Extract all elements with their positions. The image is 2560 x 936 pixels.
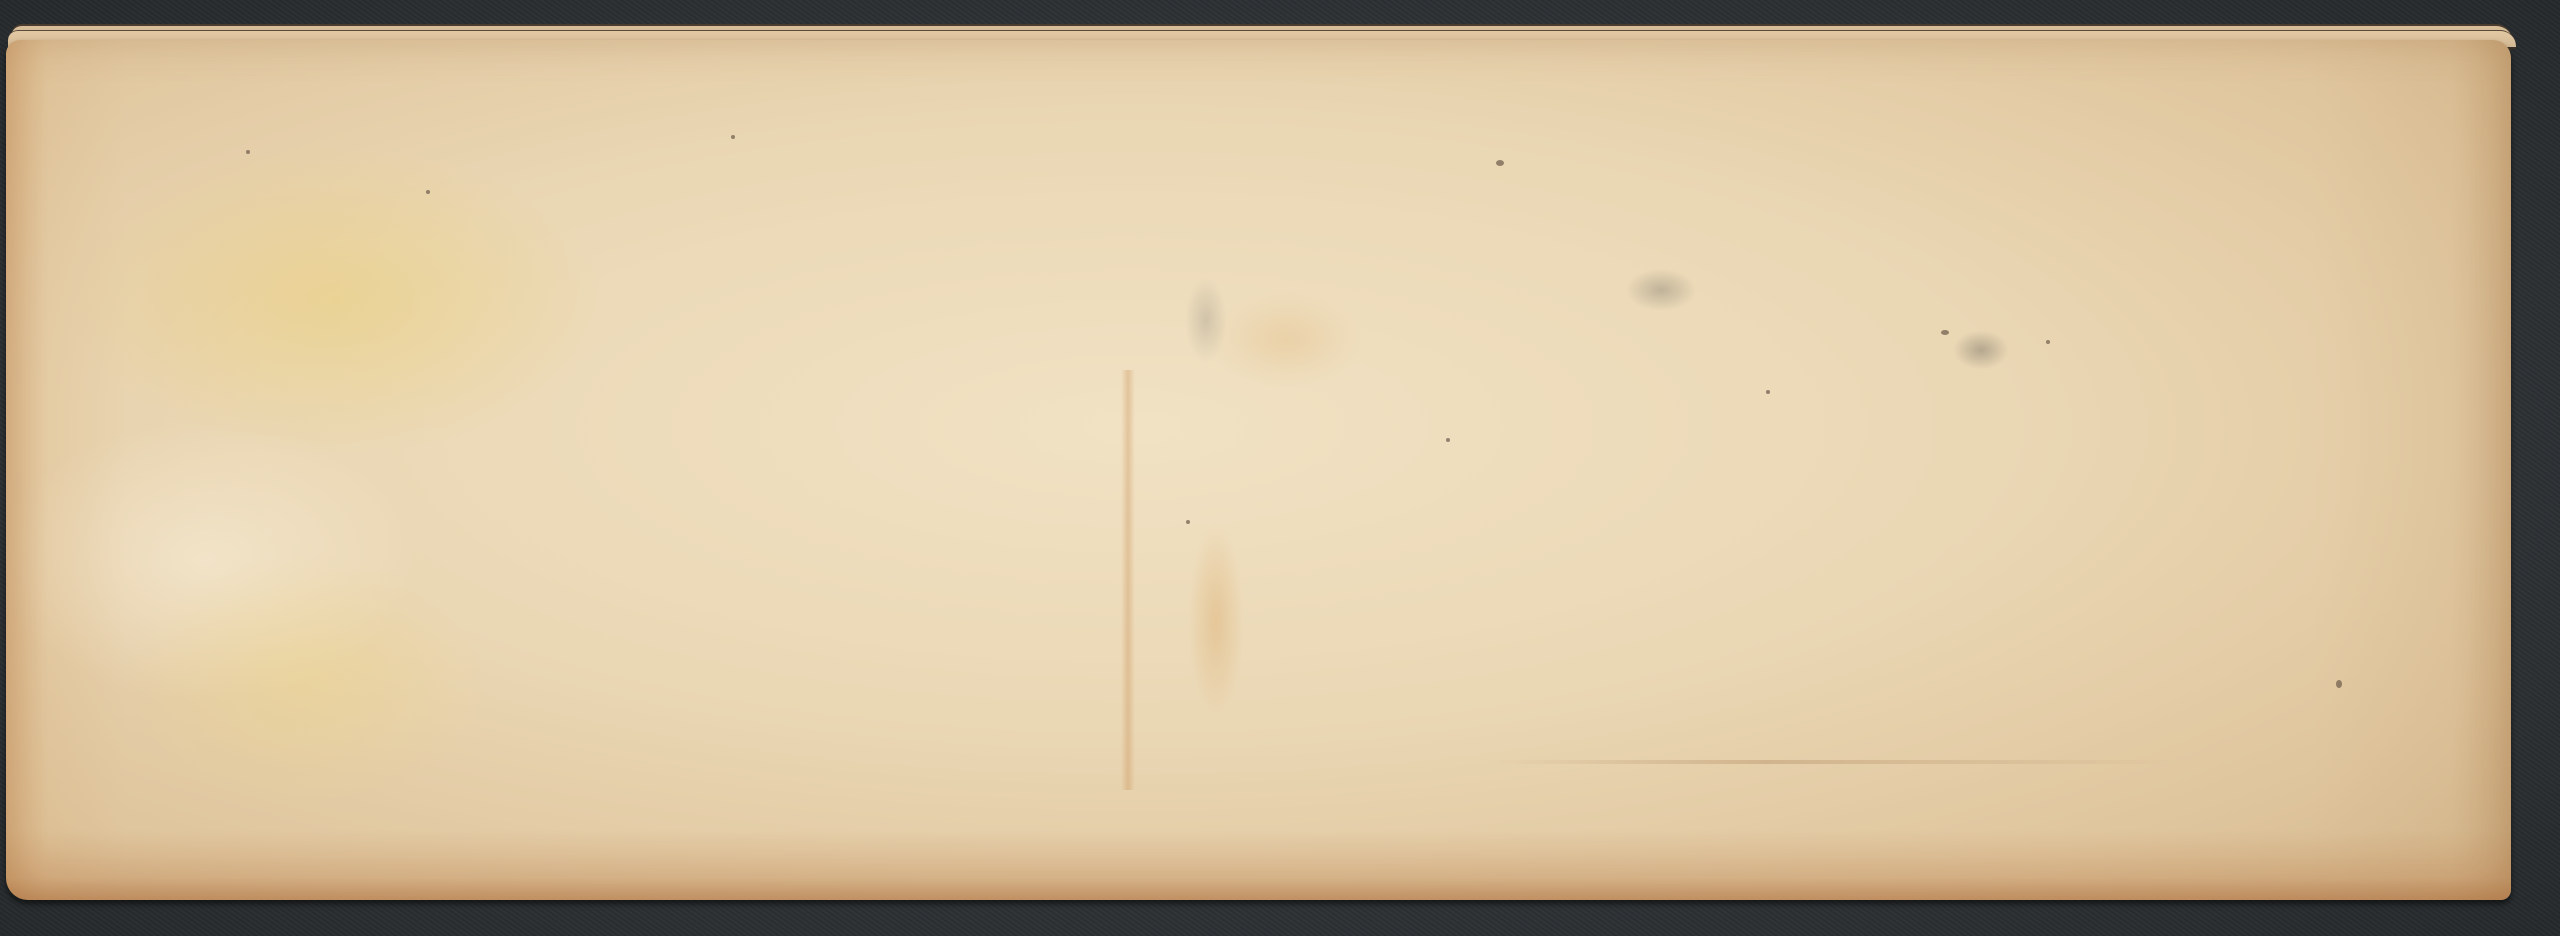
paper-speck xyxy=(426,190,430,194)
blank-paper-leaf xyxy=(6,40,2511,900)
paper-speck xyxy=(2336,680,2342,688)
paper-speck xyxy=(246,150,250,154)
paper-speck xyxy=(1941,330,1949,335)
paper-speck xyxy=(2046,340,2050,344)
paper-speck xyxy=(1186,520,1190,524)
paper-speck xyxy=(1496,160,1504,166)
crease-line xyxy=(1121,370,1135,790)
photo-scene xyxy=(0,0,2560,936)
paper-speck xyxy=(1766,390,1770,394)
paper-speck xyxy=(731,135,735,139)
paper-speck xyxy=(1446,438,1450,442)
crease-line xyxy=(1486,760,2186,764)
